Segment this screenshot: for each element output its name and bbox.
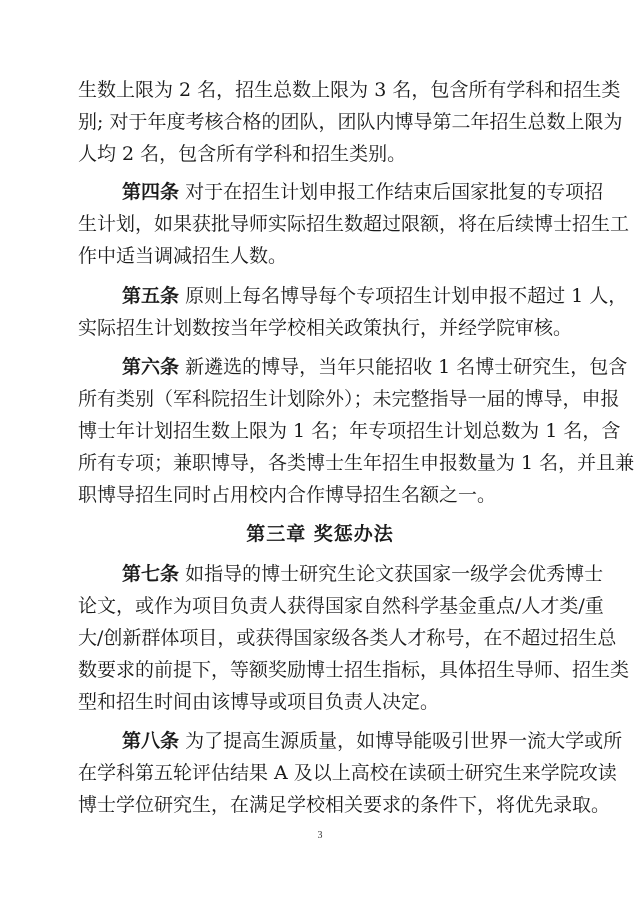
paragraph-line: 博士学位研究生，在满足学校相关要求的条件下，将优先录取。 [78, 793, 562, 817]
paragraph-line: 所有类别（军科院招生计划除外）；未完整指导一届的博导，申报 [78, 387, 562, 411]
article-6-first-line: 第六条 新遴选的博导，当年只能招收 1 名博士研究生，包含 [122, 355, 562, 379]
article-label: 第六条 [122, 356, 179, 378]
article-label: 第八条 [122, 730, 179, 752]
paragraph-line: 在学科第五轮评估结果 A 及以上高校在读硕士研究生来学院攻读 [78, 761, 562, 785]
paragraph-line: 型和招生时间由该博导或项目负责人决定。 [78, 690, 562, 714]
page-number: 3 [78, 830, 562, 841]
article-label: 第七条 [122, 563, 179, 585]
paragraph-line: 生数上限为 2 名，招生总数上限为 3 名，包含所有学科和招生类 [78, 78, 562, 102]
paragraph-line: 论文，或作为项目负责人获得国家自然科学基金重点/人才类/重 [78, 594, 562, 618]
article-7-first-line: 第七条 如指导的博士研究生论文获国家一级学会优秀博士 [122, 562, 562, 586]
article-label: 第四条 [122, 181, 179, 203]
article-5-first-line: 第五条 原则上每名博导每个专项招生计划申报不超过 1 人， [122, 284, 562, 308]
paragraph-line: 作中适当调减招生人数。 [78, 244, 562, 268]
paragraph-line: 所有专项；兼职博导，各类博士生年招生申报数量为 1 名，并且兼 [78, 451, 562, 475]
paragraph-line: 别; 对于年度考核合格的团队，团队内博导第二年招生总数上限为 [78, 110, 562, 134]
article-text: 对于在招生计划申报工作结束后国家批复的专项招 [185, 181, 603, 203]
article-label: 第五条 [122, 285, 179, 307]
paragraph-line: 人均 2 名，包含所有学科和招生类别。 [78, 142, 562, 166]
paragraph-line: 实际招生计划数按当年学校相关政策执行，并经学院审核。 [78, 316, 562, 340]
article-text: 原则上每名博导每个专项招生计划申报不超过 1 人， [185, 285, 627, 307]
paragraph-line: 大/创新群体项目，或获得国家级各类人才称号，在不超过招生总 [78, 626, 562, 650]
paragraph-line: 生计划，如果获批导师实际招生数超过限额，将在后续博士招生工 [78, 212, 562, 236]
article-text: 为了提高生源质量，如博导能吸引世界一流大学或所 [185, 730, 622, 752]
article-8-first-line: 第八条 为了提高生源质量，如博导能吸引世界一流大学或所 [122, 729, 562, 753]
paragraph-line: 数要求的前提下，等额奖励博士招生指标，具体招生导师、招生类 [78, 658, 562, 682]
chapter-heading: 第三章 奖惩办法 [78, 522, 562, 546]
paragraph-line: 职博导招生同时占用校内合作博导招生名额之一。 [78, 483, 562, 507]
article-4-first-line: 第四条 对于在招生计划申报工作结束后国家批复的专项招 [122, 180, 562, 204]
article-text: 如指导的博士研究生论文获国家一级学会优秀博士 [185, 563, 603, 585]
paragraph-line: 博士年计划招生数上限为 1 名；年专项招生计划总数为 1 名，含 [78, 419, 562, 443]
article-text: 新遴选的博导，当年只能招收 1 名博士研究生，包含 [185, 356, 627, 378]
